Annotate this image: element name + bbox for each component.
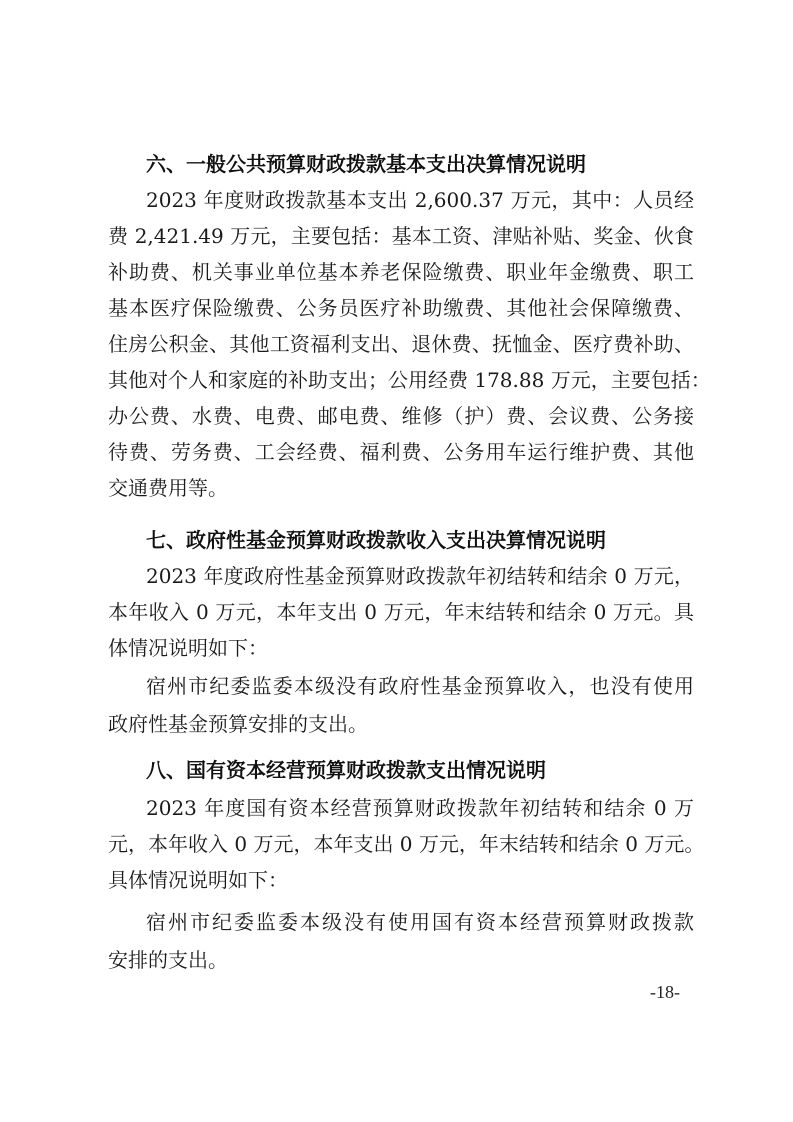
paragraph-line: 本年收入 0 万元，本年支出 0 万元，年末结转和结余 0 万元。具 bbox=[108, 594, 694, 630]
section-heading-7: 七、政府性基金预算财政拨款收入支出决算情况说明 bbox=[146, 522, 606, 558]
paragraph-line: 政府性基金预算安排的支出。 bbox=[108, 706, 694, 742]
page-number: -18- bbox=[650, 982, 680, 1003]
paragraph-line: 2023 年度国有资本经营预算财政拨款年初结转和结余 0 万 bbox=[146, 790, 694, 826]
paragraph-line: 宿州市纪委监委本级没有政府性基金预算收入，也没有使用 bbox=[146, 668, 694, 704]
paragraph-line: 住房公积金、其他工资福利支出、退休费、抚恤金、医疗费补助、 bbox=[108, 326, 694, 362]
paragraph-line: 待费、劳务费、工会经费、福利费、公务用车运行维护费、其他 bbox=[108, 434, 694, 470]
paragraph-line: 补助费、机关事业单位基本养老保险缴费、职业年金缴费、职工 bbox=[108, 254, 694, 290]
section-heading-6: 六、一般公共预算财政拨款基本支出决算情况说明 bbox=[146, 146, 586, 182]
paragraph-line: 元，本年收入 0 万元，本年支出 0 万元，年末结转和结余 0 万元。 bbox=[108, 826, 694, 862]
paragraph-line: 2023 年度财政拨款基本支出 2,600.37 万元，其中：人员经 bbox=[146, 182, 694, 218]
paragraph-line: 安排的支出。 bbox=[108, 942, 694, 978]
paragraph-line: 2023 年度政府性基金预算财政拨款年初结转和结余 0 万元， bbox=[146, 558, 694, 594]
paragraph-line: 具体情况说明如下： bbox=[108, 862, 694, 898]
section-heading-8: 八、国有资本经营预算财政拨款支出情况说明 bbox=[146, 752, 546, 788]
paragraph-line: 费 2,421.49 万元，主要包括：基本工资、津贴补贴、奖金、伙食 bbox=[108, 218, 694, 254]
paragraph-line: 交通费用等。 bbox=[108, 470, 694, 506]
paragraph-line: 基本医疗保险缴费、公务员医疗补助缴费、其他社会保障缴费、 bbox=[108, 290, 694, 326]
paragraph-line: 体情况说明如下： bbox=[108, 630, 694, 666]
paragraph-line: 办公费、水费、电费、邮电费、维修（护）费、会议费、公务接 bbox=[108, 398, 694, 434]
document-page: 六、一般公共预算财政拨款基本支出决算情况说明 2023 年度财政拨款基本支出 2… bbox=[0, 0, 793, 1122]
paragraph-line: 宿州市纪委监委本级没有使用国有资本经营预算财政拨款 bbox=[146, 904, 694, 940]
paragraph-line: 其他对个人和家庭的补助支出；公用经费 178.88 万元，主要包括： bbox=[108, 362, 694, 398]
